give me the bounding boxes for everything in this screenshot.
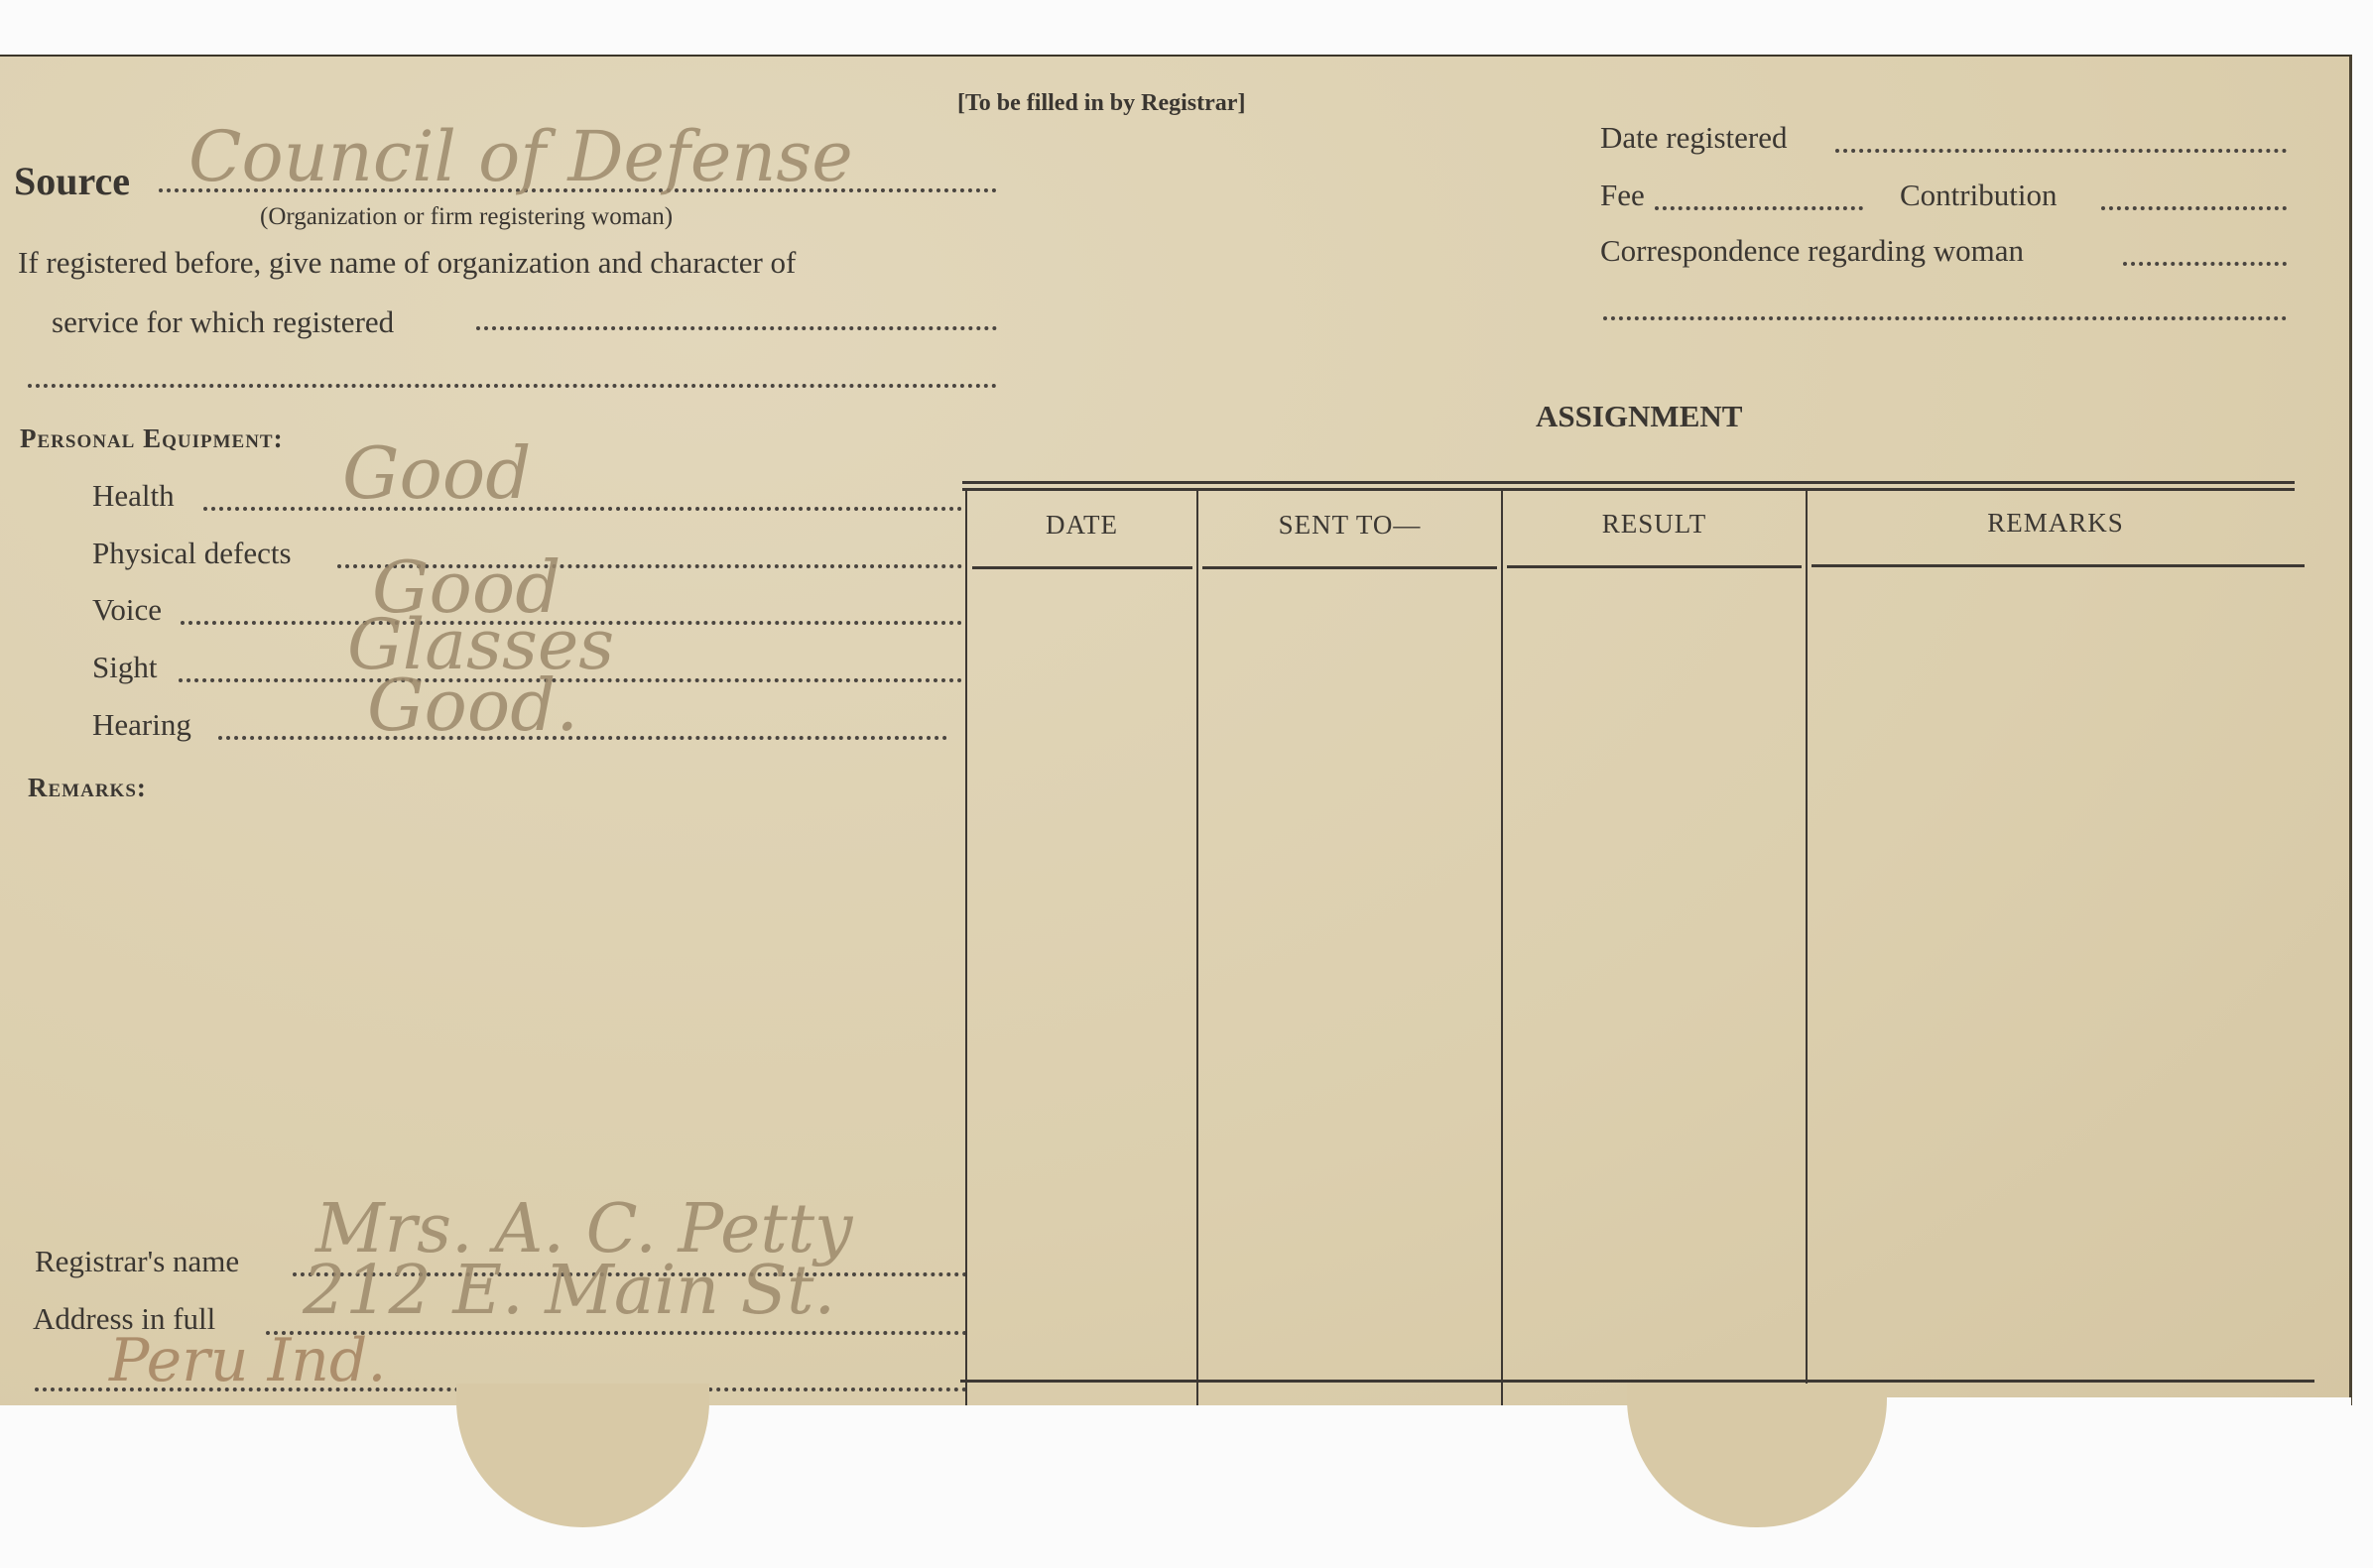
card-cutout-right [1885,1397,2351,1467]
contribution-label: Contribution [1900,178,2057,213]
column-divider-2 [1501,490,1503,1412]
previous-registration-line1: If registered before, give name of organ… [18,245,796,281]
index-tab-left [456,1384,709,1527]
previous-registration-line-2[interactable] [28,384,997,388]
table-top-rule-2 [962,488,2295,491]
hearing-value[interactable]: Good. [367,663,578,747]
assignment-title: ASSIGNMENT [1536,399,1742,434]
table-left-border [965,490,967,1412]
previous-registration-line2: service for which registered [52,304,394,340]
source-label: Source [14,158,130,204]
address-value-2[interactable]: Peru Ind. [109,1326,386,1395]
hearing-line [218,736,947,740]
date-registered-label: Date registered [1600,120,1787,156]
column-header-result: RESULT [1503,509,1806,540]
index-tab-right [1627,1384,1887,1527]
column-header-date: DATE [967,510,1196,541]
health-label: Health [92,478,175,514]
registrar-note: [To be filled in by Registrar] [957,90,1245,117]
health-value[interactable]: Good [342,431,531,515]
personal-equipment-heading: Personal Equipment: [20,423,284,454]
column-header-remarks: REMARKS [1808,508,2304,539]
physical-defects-label: Physical defects [92,536,292,571]
registrar-name-label: Registrar's name [35,1244,239,1279]
contribution-field[interactable] [2101,206,2287,210]
fee-label: Fee [1600,178,1645,213]
header-underline-2 [1202,566,1497,569]
registration-card: [To be filled in by Registrar] Source Co… [0,55,2352,1405]
remarks-heading: Remarks: [28,773,147,803]
correspondence-label: Correspondence regarding woman [1600,233,2024,269]
card-cutout-left [0,1411,466,1471]
header-underline-3 [1507,565,1802,568]
voice-label: Voice [92,592,162,628]
correspondence-field-2[interactable] [1603,316,2287,320]
column-divider-3 [1806,490,1808,1412]
table-bottom-rule [960,1380,2314,1383]
fee-field[interactable] [1655,206,1863,210]
source-value[interactable]: Council of Defense [188,116,853,197]
sight-label: Sight [92,650,157,685]
health-line [203,507,962,511]
hearing-label: Hearing [92,707,191,743]
address-value-1[interactable]: 212 E. Main St. [303,1252,835,1330]
previous-registration-line[interactable] [476,326,997,330]
column-header-sent-to: SENT TO— [1198,510,1501,541]
table-top-rule [962,481,2295,484]
card-cutout-middle [704,1405,1627,1475]
column-divider-1 [1196,490,1198,1412]
date-registered-field[interactable] [1835,149,2287,153]
correspondence-field[interactable] [2123,262,2287,266]
header-underline-4 [1811,564,2305,567]
header-underline-1 [972,566,1192,569]
source-caption: (Organization or firm registering woman) [260,203,673,231]
